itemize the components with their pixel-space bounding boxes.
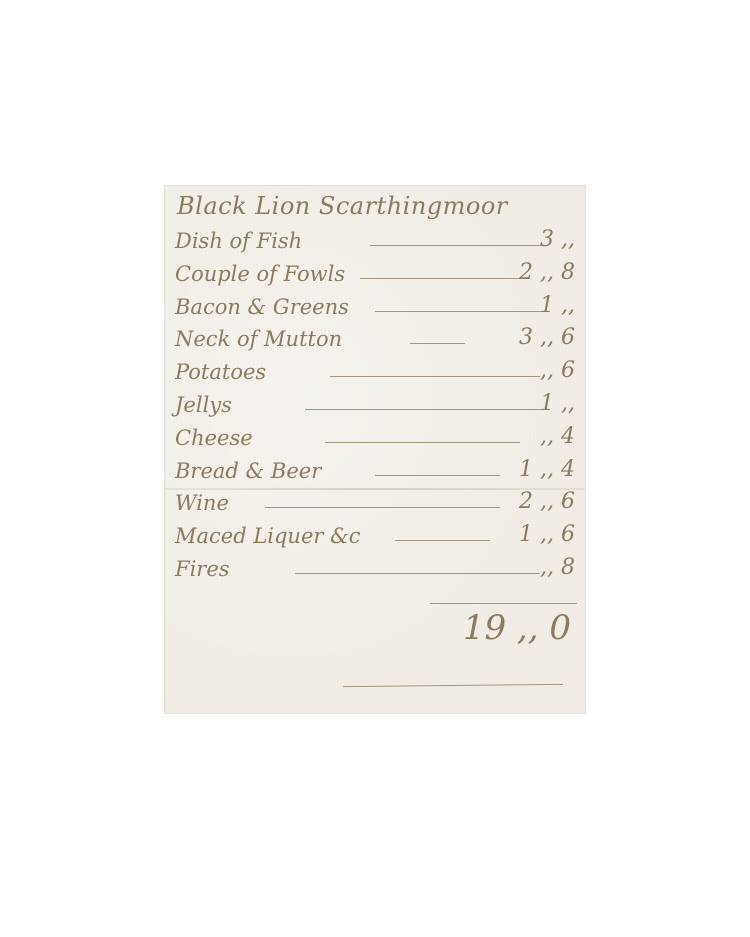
- line-item-label: Wine: [175, 491, 229, 515]
- line-item-amount: 1 ,,: [540, 391, 575, 416]
- leader-line: [325, 442, 520, 443]
- line-item-amount: ,, 6: [540, 358, 575, 383]
- line-item-amount: 1 ,,: [540, 293, 575, 318]
- line-item: Cheese,, 4: [165, 426, 585, 454]
- line-item-label: Dish of Fish: [175, 229, 302, 253]
- line-item-amount: 3 ,,: [540, 227, 575, 252]
- line-item: Fires,, 8: [165, 557, 585, 585]
- total-rule-top: [430, 603, 577, 604]
- line-item-label: Bacon & Greens: [175, 295, 349, 319]
- line-item: Jellys1 ,,: [165, 393, 585, 421]
- line-item-label: Potatoes: [175, 360, 266, 384]
- leader-line: [375, 311, 550, 312]
- leader-line: [360, 278, 525, 279]
- leader-line: [330, 376, 540, 377]
- line-item-amount: ,, 4: [540, 424, 575, 449]
- bill-heading: Black Lion Scarthingmoor: [177, 192, 508, 220]
- leader-line: [375, 475, 500, 476]
- line-item: Maced Liquer &c1 ,, 6: [165, 524, 585, 552]
- line-item-amount: 1 ,, 6: [519, 522, 575, 547]
- leader-line: [410, 343, 465, 344]
- line-item-label: Maced Liquer &c: [175, 524, 361, 548]
- leader-line: [295, 573, 540, 574]
- line-item: Bacon & Greens1 ,,: [165, 295, 585, 323]
- line-item-label: Jellys: [175, 393, 232, 417]
- line-item-label: Cheese: [175, 426, 253, 450]
- line-item: Neck of Mutton3 ,, 6: [165, 327, 585, 355]
- line-item-amount: 2 ,, 6: [519, 489, 575, 514]
- line-item-label: Couple of Fowls: [175, 262, 345, 286]
- line-item-amount: 1 ,, 4: [519, 457, 575, 482]
- line-item-amount: ,, 8: [540, 555, 575, 580]
- line-item-amount: 3 ,, 6: [519, 325, 575, 350]
- leader-line: [265, 507, 500, 508]
- line-item: Bread & Beer1 ,, 4: [165, 459, 585, 487]
- bill-total: 19 ,, 0: [463, 608, 571, 648]
- line-item: Dish of Fish3 ,,: [165, 229, 585, 257]
- line-item-amount: 2 ,, 8: [519, 260, 575, 285]
- leader-line: [305, 409, 550, 410]
- line-item: Wine2 ,, 6: [165, 491, 585, 519]
- handwritten-bill: Black Lion Scarthingmoor Dish of Fish3 ,…: [165, 186, 585, 713]
- line-item-label: Bread & Beer: [175, 459, 321, 483]
- line-item-label: Neck of Mutton: [175, 327, 342, 351]
- total-rule-bottom: [343, 684, 563, 687]
- leader-line: [395, 540, 490, 541]
- line-item-label: Fires: [175, 557, 230, 581]
- line-item: Couple of Fowls2 ,, 8: [165, 262, 585, 290]
- leader-line: [370, 245, 545, 246]
- line-item: Potatoes,, 6: [165, 360, 585, 388]
